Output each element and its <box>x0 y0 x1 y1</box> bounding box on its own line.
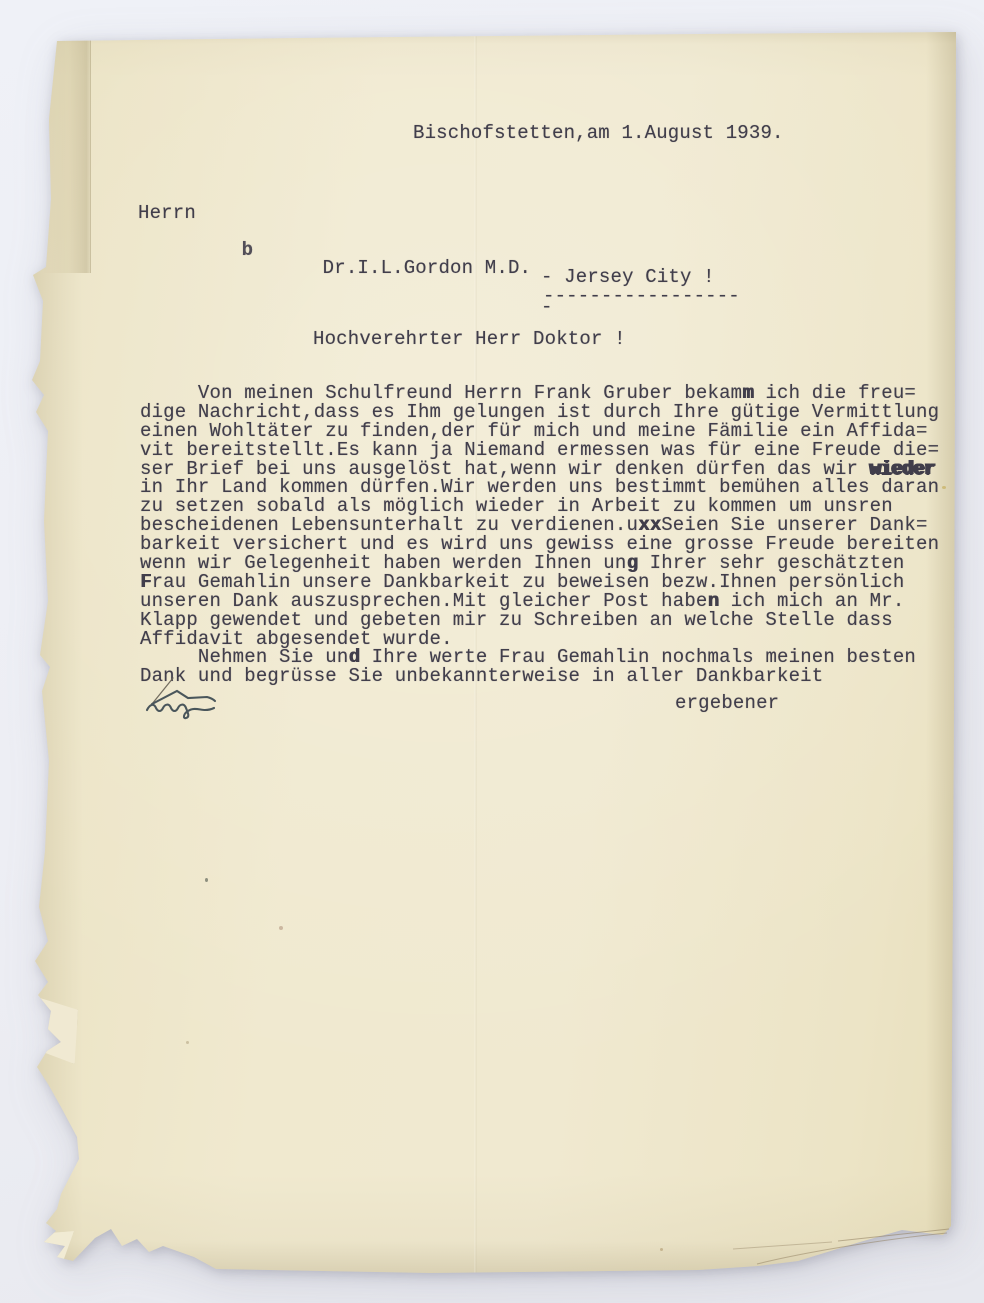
paper-speck <box>279 926 283 930</box>
paper-speck <box>942 486 946 489</box>
scan-background: Bischofstetten,am 1.August 1939. Herrn D… <box>0 0 984 1303</box>
letter-body: Von meinen Schulfreund Herrn Frank Grube… <box>140 384 939 686</box>
addressee-line: Dr.I.L.Gordon M.D. b <box>230 240 531 316</box>
torn-paper-tab <box>36 998 78 1064</box>
recipient-prefix: Herrn <box>138 204 196 223</box>
closing-valediction: ergebener <box>675 694 779 713</box>
bottom-edge-shading <box>0 1241 984 1275</box>
letter-paper: Bischofstetten,am 1.August 1939. Herrn D… <box>0 0 984 1303</box>
city-underline-dashes: ----------------- <box>543 287 740 306</box>
paper-speck <box>660 1248 663 1251</box>
paper-speck <box>205 878 208 882</box>
overtype-artifact: b <box>242 241 254 260</box>
stray-dash: - <box>541 298 553 317</box>
folded-edge-strip <box>44 33 91 273</box>
paper-speck <box>186 1041 189 1044</box>
greeting-line: Hochverehrter Herr Doktor ! <box>313 330 626 349</box>
typed-line: Dank und begrüsse Sie unbekannterweise i… <box>140 667 939 686</box>
date-line: Bischofstetten,am 1.August 1939. <box>413 124 784 143</box>
top-edge-shading <box>0 30 984 44</box>
torn-paper-tab <box>38 1231 74 1261</box>
addressee-name: Dr.I.L.Gordon M.D. <box>323 257 531 279</box>
letter-sheet: Bischofstetten,am 1.August 1939. Herrn D… <box>0 0 984 1303</box>
